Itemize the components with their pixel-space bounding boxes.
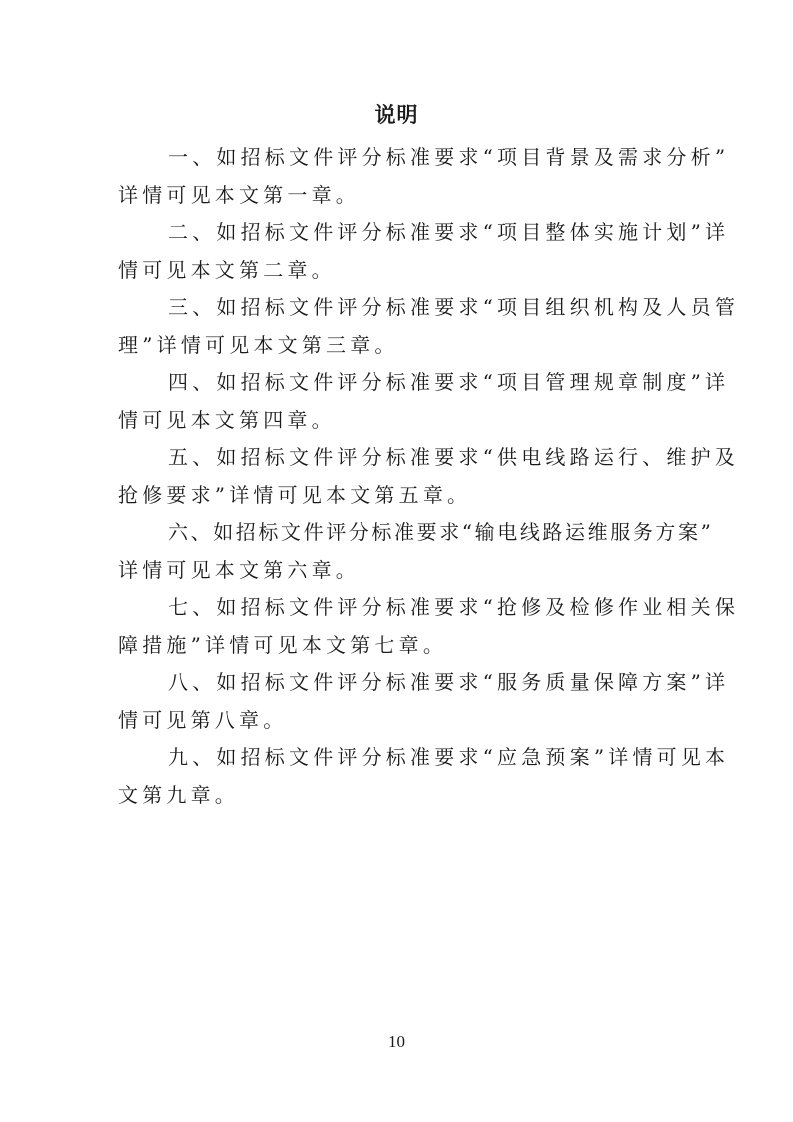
paragraph-line: 文第九章。 [118,777,674,815]
paragraph-line: 六、如招标文件评分标准要求“输电线路运维服务方案” [118,514,674,552]
page-title: 说明 [0,99,793,131]
paragraph-line: 九、如招标文件评分标准要求“应急预案”详情可见本 [118,739,674,777]
paragraph-line: 一、如招标文件评分标准要求“项目背景及需求分析” [118,139,674,177]
document-body: 一、如招标文件评分标准要求“项目背景及需求分析” 详情可见本文第一章。 二、如招… [118,139,674,814]
paragraph-line: 详情可见本文第六章。 [118,552,674,590]
paragraph-item-8: 八、如招标文件评分标准要求“服务质量保障方案”详 情可见第八章。 [118,664,674,739]
page-number: 10 [0,1030,793,1054]
paragraph-item-1: 一、如招标文件评分标准要求“项目背景及需求分析” 详情可见本文第一章。 [118,139,674,214]
paragraph-line: 八、如招标文件评分标准要求“服务质量保障方案”详 [118,664,674,702]
paragraph-item-7: 七、如招标文件评分标准要求“抢修及检修作业相关保 障措施”详情可见本文第七章。 [118,589,674,664]
paragraph-line: 三、如招标文件评分标准要求“项目组织机构及人员管 [118,289,674,327]
paragraph-line: 抢修要求”详情可见本文第五章。 [118,477,674,515]
paragraph-line: 四、如招标文件评分标准要求“项目管理规章制度”详 [118,364,674,402]
paragraph-line: 理”详情可见本文第三章。 [118,327,674,365]
paragraph-line: 二、如招标文件评分标准要求“项目整体实施计划”详 [118,214,674,252]
paragraph-line: 情可见本文第四章。 [118,402,674,440]
paragraph-item-4: 四、如招标文件评分标准要求“项目管理规章制度”详 情可见本文第四章。 [118,364,674,439]
paragraph-line: 详情可见本文第一章。 [118,177,674,215]
paragraph-line: 七、如招标文件评分标准要求“抢修及检修作业相关保 [118,589,674,627]
paragraph-line: 情可见本文第二章。 [118,252,674,290]
paragraph-item-2: 二、如招标文件评分标准要求“项目整体实施计划”详 情可见本文第二章。 [118,214,674,289]
paragraph-item-6: 六、如招标文件评分标准要求“输电线路运维服务方案” 详情可见本文第六章。 [118,514,674,589]
document-page: 说明 一、如招标文件评分标准要求“项目背景及需求分析” 详情可见本文第一章。 二… [0,0,793,1122]
paragraph-item-3: 三、如招标文件评分标准要求“项目组织机构及人员管 理”详情可见本文第三章。 [118,289,674,364]
paragraph-line: 情可见第八章。 [118,702,674,740]
paragraph-line: 障措施”详情可见本文第七章。 [118,627,674,665]
paragraph-line: 五、如招标文件评分标准要求“供电线路运行、维护及 [118,439,674,477]
paragraph-item-5: 五、如招标文件评分标准要求“供电线路运行、维护及 抢修要求”详情可见本文第五章。 [118,439,674,514]
paragraph-item-9: 九、如招标文件评分标准要求“应急预案”详情可见本 文第九章。 [118,739,674,814]
